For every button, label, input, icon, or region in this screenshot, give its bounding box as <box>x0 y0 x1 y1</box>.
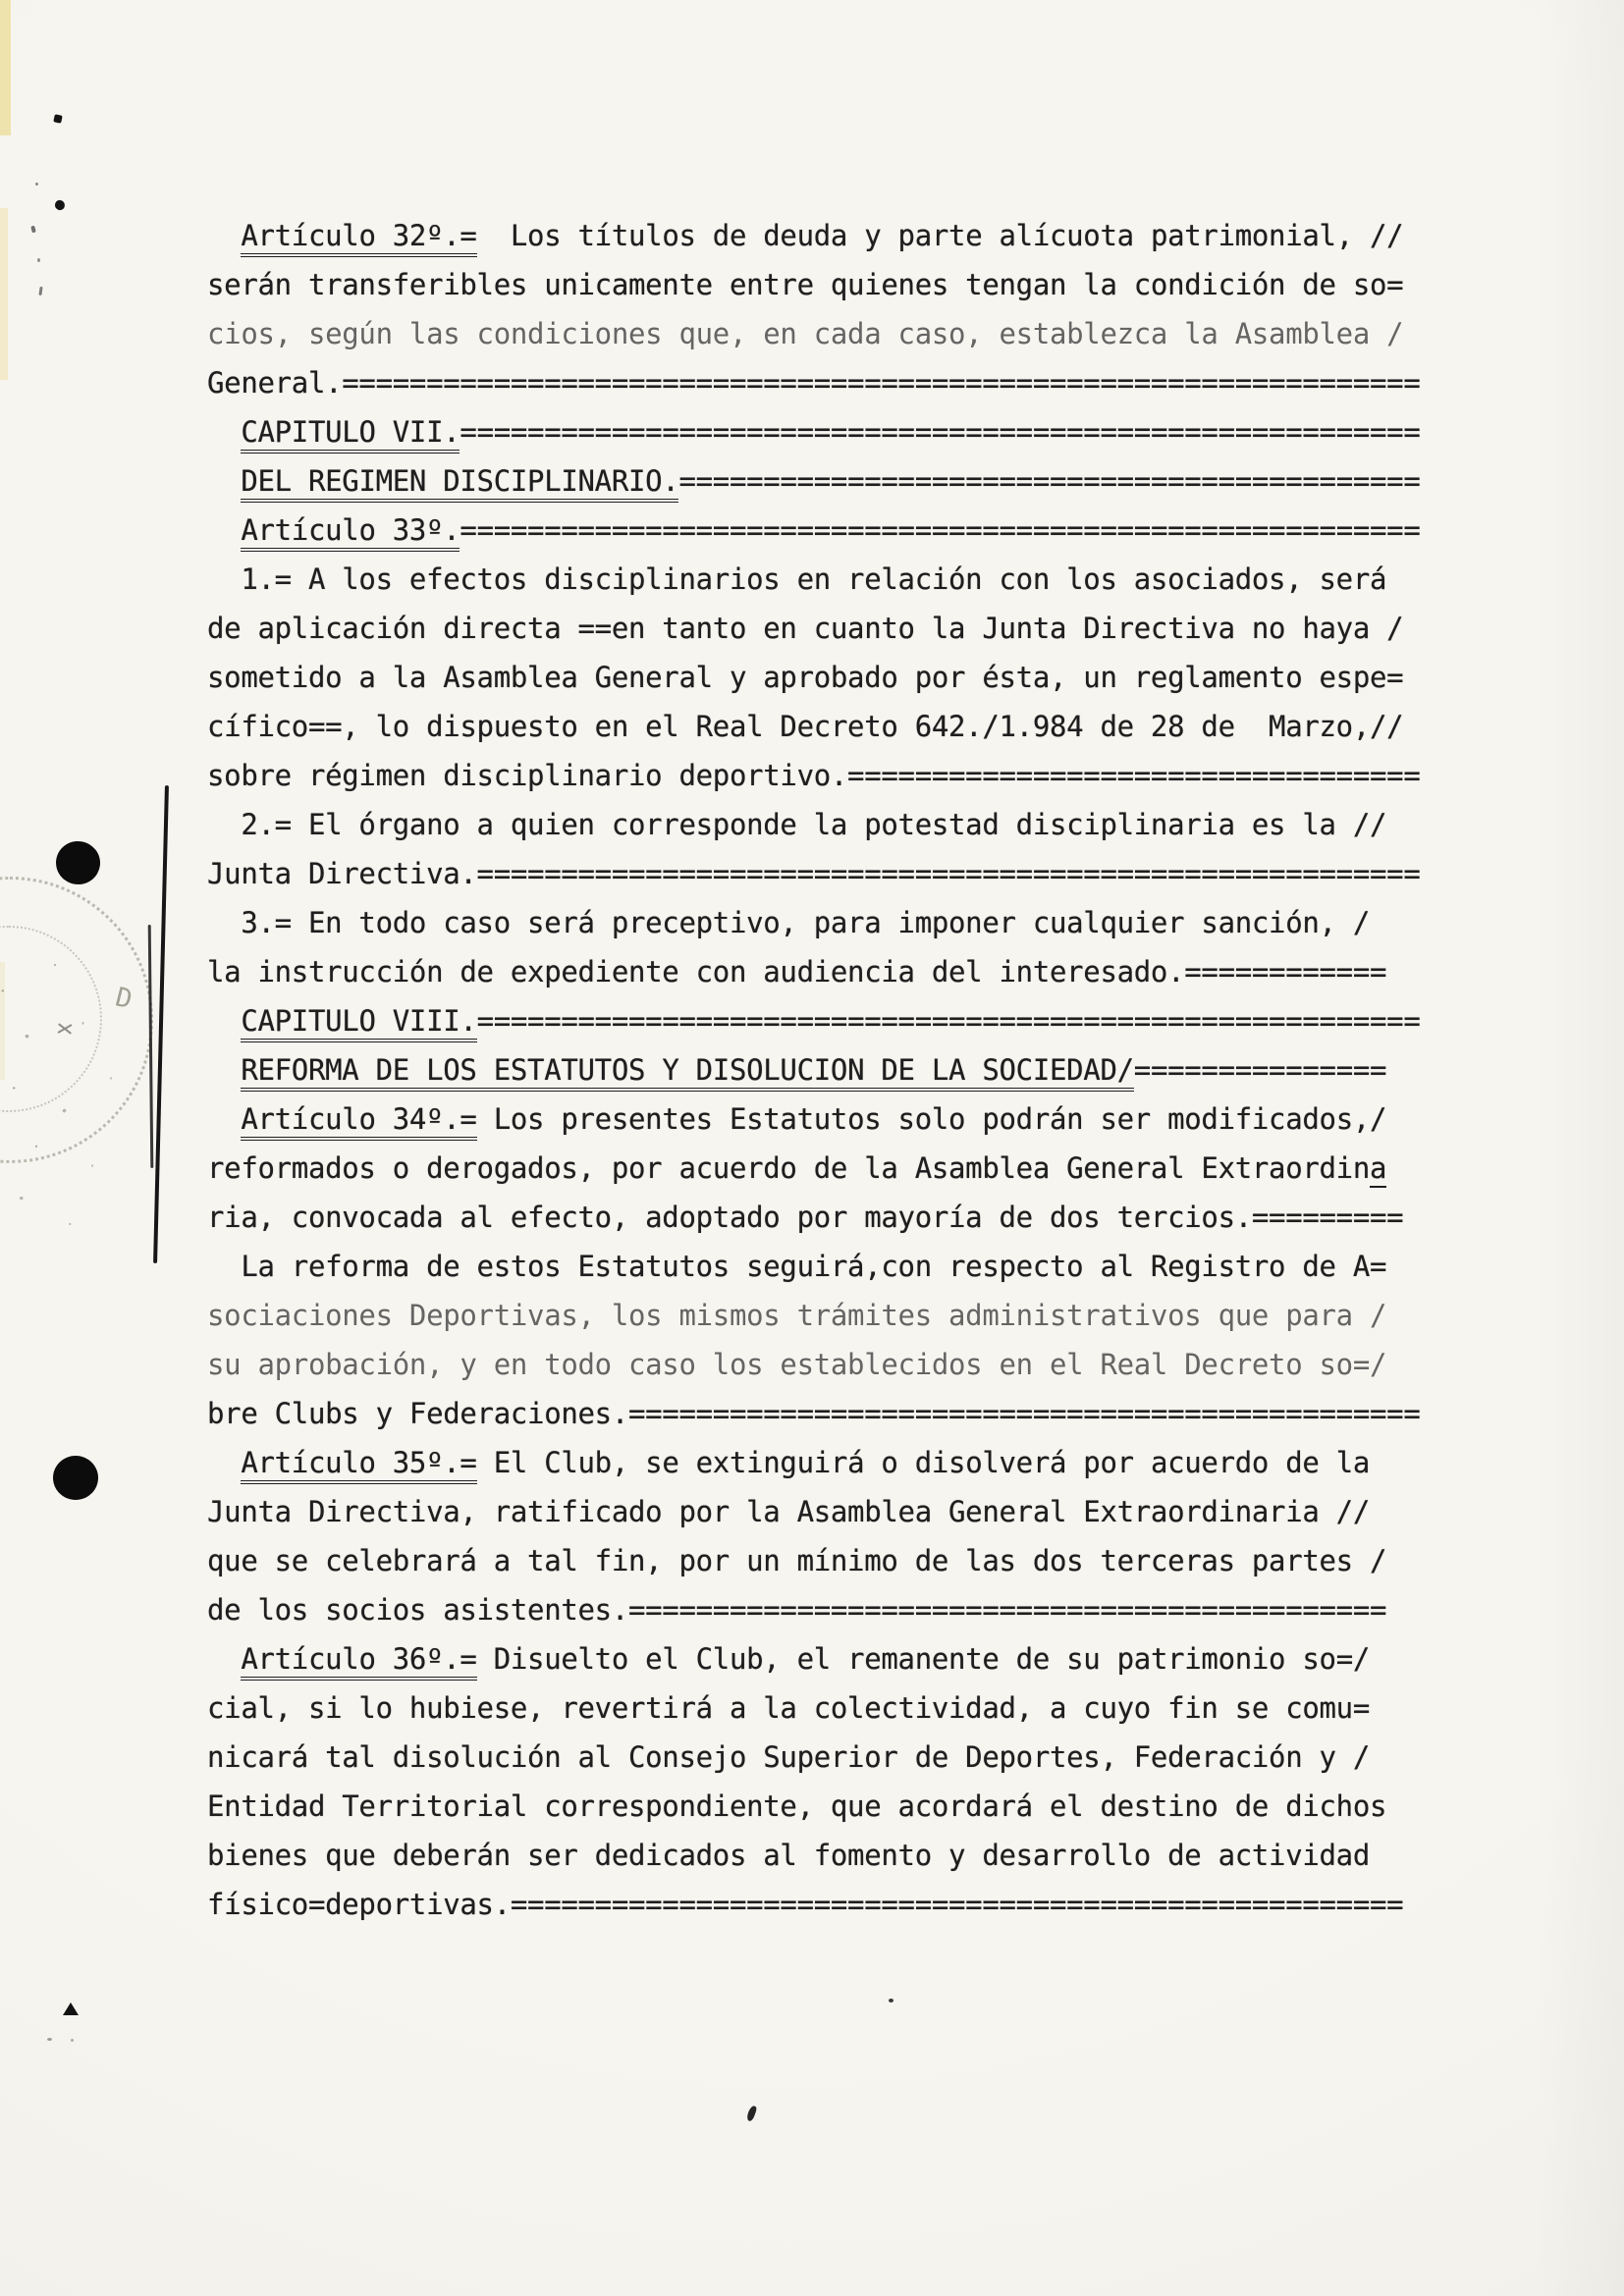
underlined-heading-text: DEL REGIMEN DISCIPLINARIO. <box>241 464 678 503</box>
text-line: Artículo 35º.= El Club, se extinguirá o … <box>207 1438 1421 1487</box>
line-text <box>207 1446 241 1479</box>
stray-comma-mark <box>745 2105 757 2121</box>
line-text: bre Clubs y Federaciones.===============… <box>207 1397 1420 1430</box>
line-text: reformados o derogados, por acuerdo de l… <box>207 1151 1370 1185</box>
line-text <box>207 464 241 498</box>
line-text <box>207 513 241 547</box>
text-line: DEL REGIMEN DISCIPLINARIO.==============… <box>207 456 1421 506</box>
underlined-heading-text: Artículo 33º. <box>241 513 460 552</box>
line-text: su aprobación, y en todo caso los establ… <box>207 1348 1386 1381</box>
text-line: de aplicación directa ==en tanto en cuan… <box>207 604 1421 653</box>
line-text: físico=deportivas.======================… <box>207 1888 1403 1921</box>
line-text: ========================================… <box>460 513 1420 547</box>
line-text: sociaciones Deportivas, los mismos trámi… <box>207 1299 1386 1332</box>
text-line: bre Clubs y Federaciones.===============… <box>207 1389 1421 1438</box>
line-text: cífico==, lo dispuesto en el Real Decret… <box>207 710 1403 743</box>
underlined-heading-text: REFORMA DE LOS ESTATUTOS Y DISOLUCION DE… <box>241 1053 1133 1092</box>
stray-dot-mark <box>889 1999 893 2002</box>
line-text: Los títulos de deuda y parte alícuota pa… <box>477 219 1404 252</box>
line-text: la instrucción de expediente con audienc… <box>207 955 1386 988</box>
underlined-heading-text: Artículo 35º.= <box>241 1446 476 1484</box>
text-line: REFORMA DE LOS ESTATUTOS Y DISOLUCION DE… <box>207 1045 1421 1095</box>
text-line: ria, convocada al efecto, adoptado por m… <box>207 1193 1421 1242</box>
ink-speck <box>71 2039 74 2042</box>
ink-speck <box>37 258 40 262</box>
text-line: que se celebrará a tal fin, por un mínim… <box>207 1536 1421 1585</box>
text-line: La reforma de estos Estatutos seguirá,co… <box>207 1242 1421 1291</box>
page-edge-discoloration <box>0 208 8 380</box>
text-line: Artículo 34º.= Los presentes Estatutos s… <box>207 1095 1421 1144</box>
underlined-heading-text: Artículo 32º.= <box>241 219 476 257</box>
text-line: su aprobación, y en todo caso los establ… <box>207 1340 1421 1389</box>
line-text: Junta Directiva.========================… <box>207 857 1420 890</box>
line-text: 1.= A los efectos disciplinarios en rela… <box>207 562 1386 596</box>
scanner-edge-shading <box>1536 0 1624 2296</box>
underlined-heading-text: Artículo 34º.= <box>241 1102 476 1141</box>
line-text: bienes que deberán ser dedicados al fome… <box>207 1839 1370 1872</box>
underlined-heading-text: a <box>1370 1151 1386 1188</box>
line-text: nicará tal disolución al Consejo Superio… <box>207 1740 1370 1774</box>
line-text: Los presentes Estatutos solo podrán ser … <box>477 1102 1387 1136</box>
text-line: cial, si lo hubiese, revertirá a la cole… <box>207 1683 1421 1733</box>
text-line: Entidad Territorial correspondiente, que… <box>207 1782 1421 1831</box>
text-line: Artículo 32º.= Los títulos de deuda y pa… <box>207 211 1421 260</box>
text-line: sobre régimen disciplinario deportivo.==… <box>207 751 1421 800</box>
pen-x-mark <box>57 1021 73 1037</box>
line-text <box>207 219 241 252</box>
ink-speck <box>30 226 36 234</box>
line-text <box>207 1642 241 1676</box>
line-text: =============== <box>1134 1053 1386 1087</box>
hole-punch-mark <box>53 1456 98 1500</box>
line-text: El Club, se extinguirá o disolverá por a… <box>477 1446 1370 1479</box>
line-text: ria, convocada al efecto, adoptado por m… <box>207 1201 1403 1234</box>
text-line: de los socios asistentes.===============… <box>207 1585 1421 1634</box>
underlined-heading-text: CAPITULO VII. <box>241 415 460 454</box>
line-text: Disuelto el Club, el remanente de su pat… <box>477 1642 1370 1676</box>
text-line: CAPITULO VIII.==========================… <box>207 996 1421 1045</box>
text-line: Junta Directiva, ratificado por la Asamb… <box>207 1487 1421 1536</box>
line-text: sometido a la Asamblea General y aprobad… <box>207 661 1403 694</box>
line-text: de aplicación directa ==en tanto en cuan… <box>207 612 1403 645</box>
line-text: ========================================… <box>477 1004 1421 1038</box>
line-text: ========================================… <box>678 464 1420 498</box>
text-line: 3.= En todo caso será preceptivo, para i… <box>207 898 1421 947</box>
scanned-document-page: D Artículo 32º.= Los títulos de deuda y … <box>0 0 1624 2296</box>
line-text: cial, si lo hubiese, revertirá a la cole… <box>207 1691 1370 1725</box>
line-text: ========================================… <box>460 415 1420 449</box>
text-line: CAPITULO VII.===========================… <box>207 407 1421 456</box>
document-text-block: Artículo 32º.= Los títulos de deuda y pa… <box>207 211 1421 1929</box>
line-text: cios, según las condiciones que, en cada… <box>207 317 1403 350</box>
line-text: 3.= En todo caso será preceptivo, para i… <box>207 906 1370 939</box>
text-line: General.================================… <box>207 358 1421 407</box>
page-edge-discoloration <box>0 0 11 135</box>
text-line: nicará tal disolución al Consejo Superio… <box>207 1733 1421 1782</box>
line-text: 2.= El órgano a quien corresponde la pot… <box>207 808 1386 841</box>
line-text <box>207 415 241 449</box>
underlined-heading-text: Artículo 36º.= <box>241 1642 476 1681</box>
line-text: que se celebrará a tal fin, por un mínim… <box>207 1544 1386 1577</box>
line-text <box>207 1102 241 1136</box>
line-text <box>207 1053 241 1087</box>
text-line: la instrucción de expediente con audienc… <box>207 947 1421 996</box>
ink-speck <box>54 199 67 212</box>
line-text: serán transferibles unicamente entre qui… <box>207 268 1403 301</box>
text-line: sociaciones Deportivas, los mismos trámi… <box>207 1291 1421 1340</box>
hole-punch-mark <box>53 838 103 887</box>
text-line: bienes que deberán ser dedicados al fome… <box>207 1831 1421 1880</box>
line-text: La reforma de estos Estatutos seguirá,co… <box>207 1250 1386 1283</box>
stamp-imprint-speckle <box>0 933 167 1256</box>
text-line: físico=deportivas.======================… <box>207 1880 1421 1929</box>
text-line: cios, según las condiciones que, en cada… <box>207 309 1421 358</box>
line-text: de los socios asistentes.===============… <box>207 1593 1386 1627</box>
text-line: 1.= A los efectos disciplinarios en rela… <box>207 555 1421 604</box>
text-line: Artículo 33º.===========================… <box>207 506 1421 555</box>
ink-mark-triangle <box>63 2002 79 2015</box>
line-text: sobre régimen disciplinario deportivo.==… <box>207 759 1420 792</box>
underlined-heading-text: CAPITULO VIII. <box>241 1004 476 1042</box>
ink-speck <box>53 114 62 123</box>
line-text: General.================================… <box>207 366 1420 400</box>
text-line: cífico==, lo dispuesto en el Real Decret… <box>207 702 1421 751</box>
ink-speck <box>35 183 38 186</box>
text-line: Artículo 36º.= Disuelto el Club, el rema… <box>207 1634 1421 1683</box>
text-line: reformados o derogados, por acuerdo de l… <box>207 1144 1421 1193</box>
text-line: Junta Directiva.========================… <box>207 849 1421 898</box>
text-line: sometido a la Asamblea General y aprobad… <box>207 653 1421 702</box>
line-text: Junta Directiva, ratificado por la Asamb… <box>207 1495 1370 1528</box>
text-line: serán transferibles unicamente entre qui… <box>207 260 1421 309</box>
ink-speck <box>47 2038 52 2041</box>
line-text <box>207 1004 241 1038</box>
text-line: 2.= El órgano a quien corresponde la pot… <box>207 800 1421 849</box>
ink-speck <box>38 287 42 295</box>
line-text: Entidad Territorial correspondiente, que… <box>207 1789 1386 1823</box>
